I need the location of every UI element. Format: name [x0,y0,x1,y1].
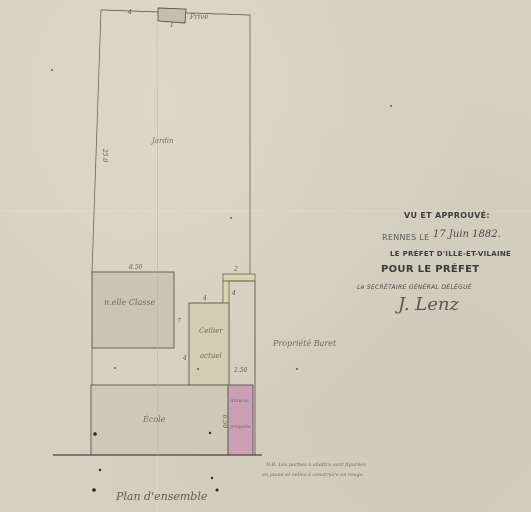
pin-hole [390,105,392,107]
pin-hole [197,368,199,370]
plan-caption: Plan d'ensemble [116,490,207,503]
demolish-strip [223,281,229,303]
pin-hole [51,69,53,71]
stamp-vu-approuve: VU ET APPROUVÉ: [404,211,490,220]
label-annexe: Annexe [230,398,249,404]
dim-jardin-length: 25.0 [101,149,108,162]
pin-hole [296,368,298,370]
label-propriete-baret: Propriété Baret [273,339,336,348]
dim-prive-width: 1 [170,22,174,29]
stamp-prefet-ille-et-vilaine: LE PRÉFET D'ILLE-ET-VILAINE [390,250,511,258]
pin-hole [92,488,96,492]
pin-hole [211,477,213,479]
dim-classe-depth: 7 [177,318,181,325]
pin-hole [114,367,116,369]
pin-hole [99,469,101,471]
demolish-cap [223,274,255,281]
stamp-pour-le-prefet: POUR LE PRÉFET [381,264,479,275]
dim-cellier-width: 4 [203,295,207,302]
prive-box [158,8,186,23]
dim-strip-width: 2 [234,266,238,273]
dim-top-width: 4 [128,9,132,16]
pin-hole [209,432,211,434]
dim-annexe-depth: 6.50 [221,415,228,428]
label-prive: Privé [190,13,208,21]
dim-strip-side: 4 [232,290,236,297]
pin-hole [93,432,97,436]
label-cellier: Cellier [199,327,223,335]
dim-annexe-width: 2.50 [234,367,247,374]
note-line-2: en jaune et celles à construire en rouge… [262,472,364,478]
note-line-1: N.B. Les parties à abattre sont figurées [266,462,366,468]
signature: J. Lenz [398,294,459,315]
stamp-rennes-prefix: RENNES LE [382,233,429,242]
stamp-date: 17 Juin 1882. [433,229,501,240]
classe-room [92,272,174,348]
pin-hole [216,489,219,492]
stamp-secretaire-general: Le SECRÉTAIRE GÉNÉRAL DÉLÉGUÉ [357,284,472,291]
label-cellier-actuel: actuel [200,352,222,360]
label-jardin: Jardin [152,137,174,145]
label-classe: n.elle Classe [104,298,155,307]
label-ecole: École [143,415,165,424]
dim-classe-width: 8.50 [129,264,142,271]
dim-cellier-side: 4 [183,355,187,362]
label-projetee: projetée [230,424,251,430]
pin-hole [230,217,232,219]
annexe-projetee [228,385,253,455]
cellier-room [189,303,229,385]
